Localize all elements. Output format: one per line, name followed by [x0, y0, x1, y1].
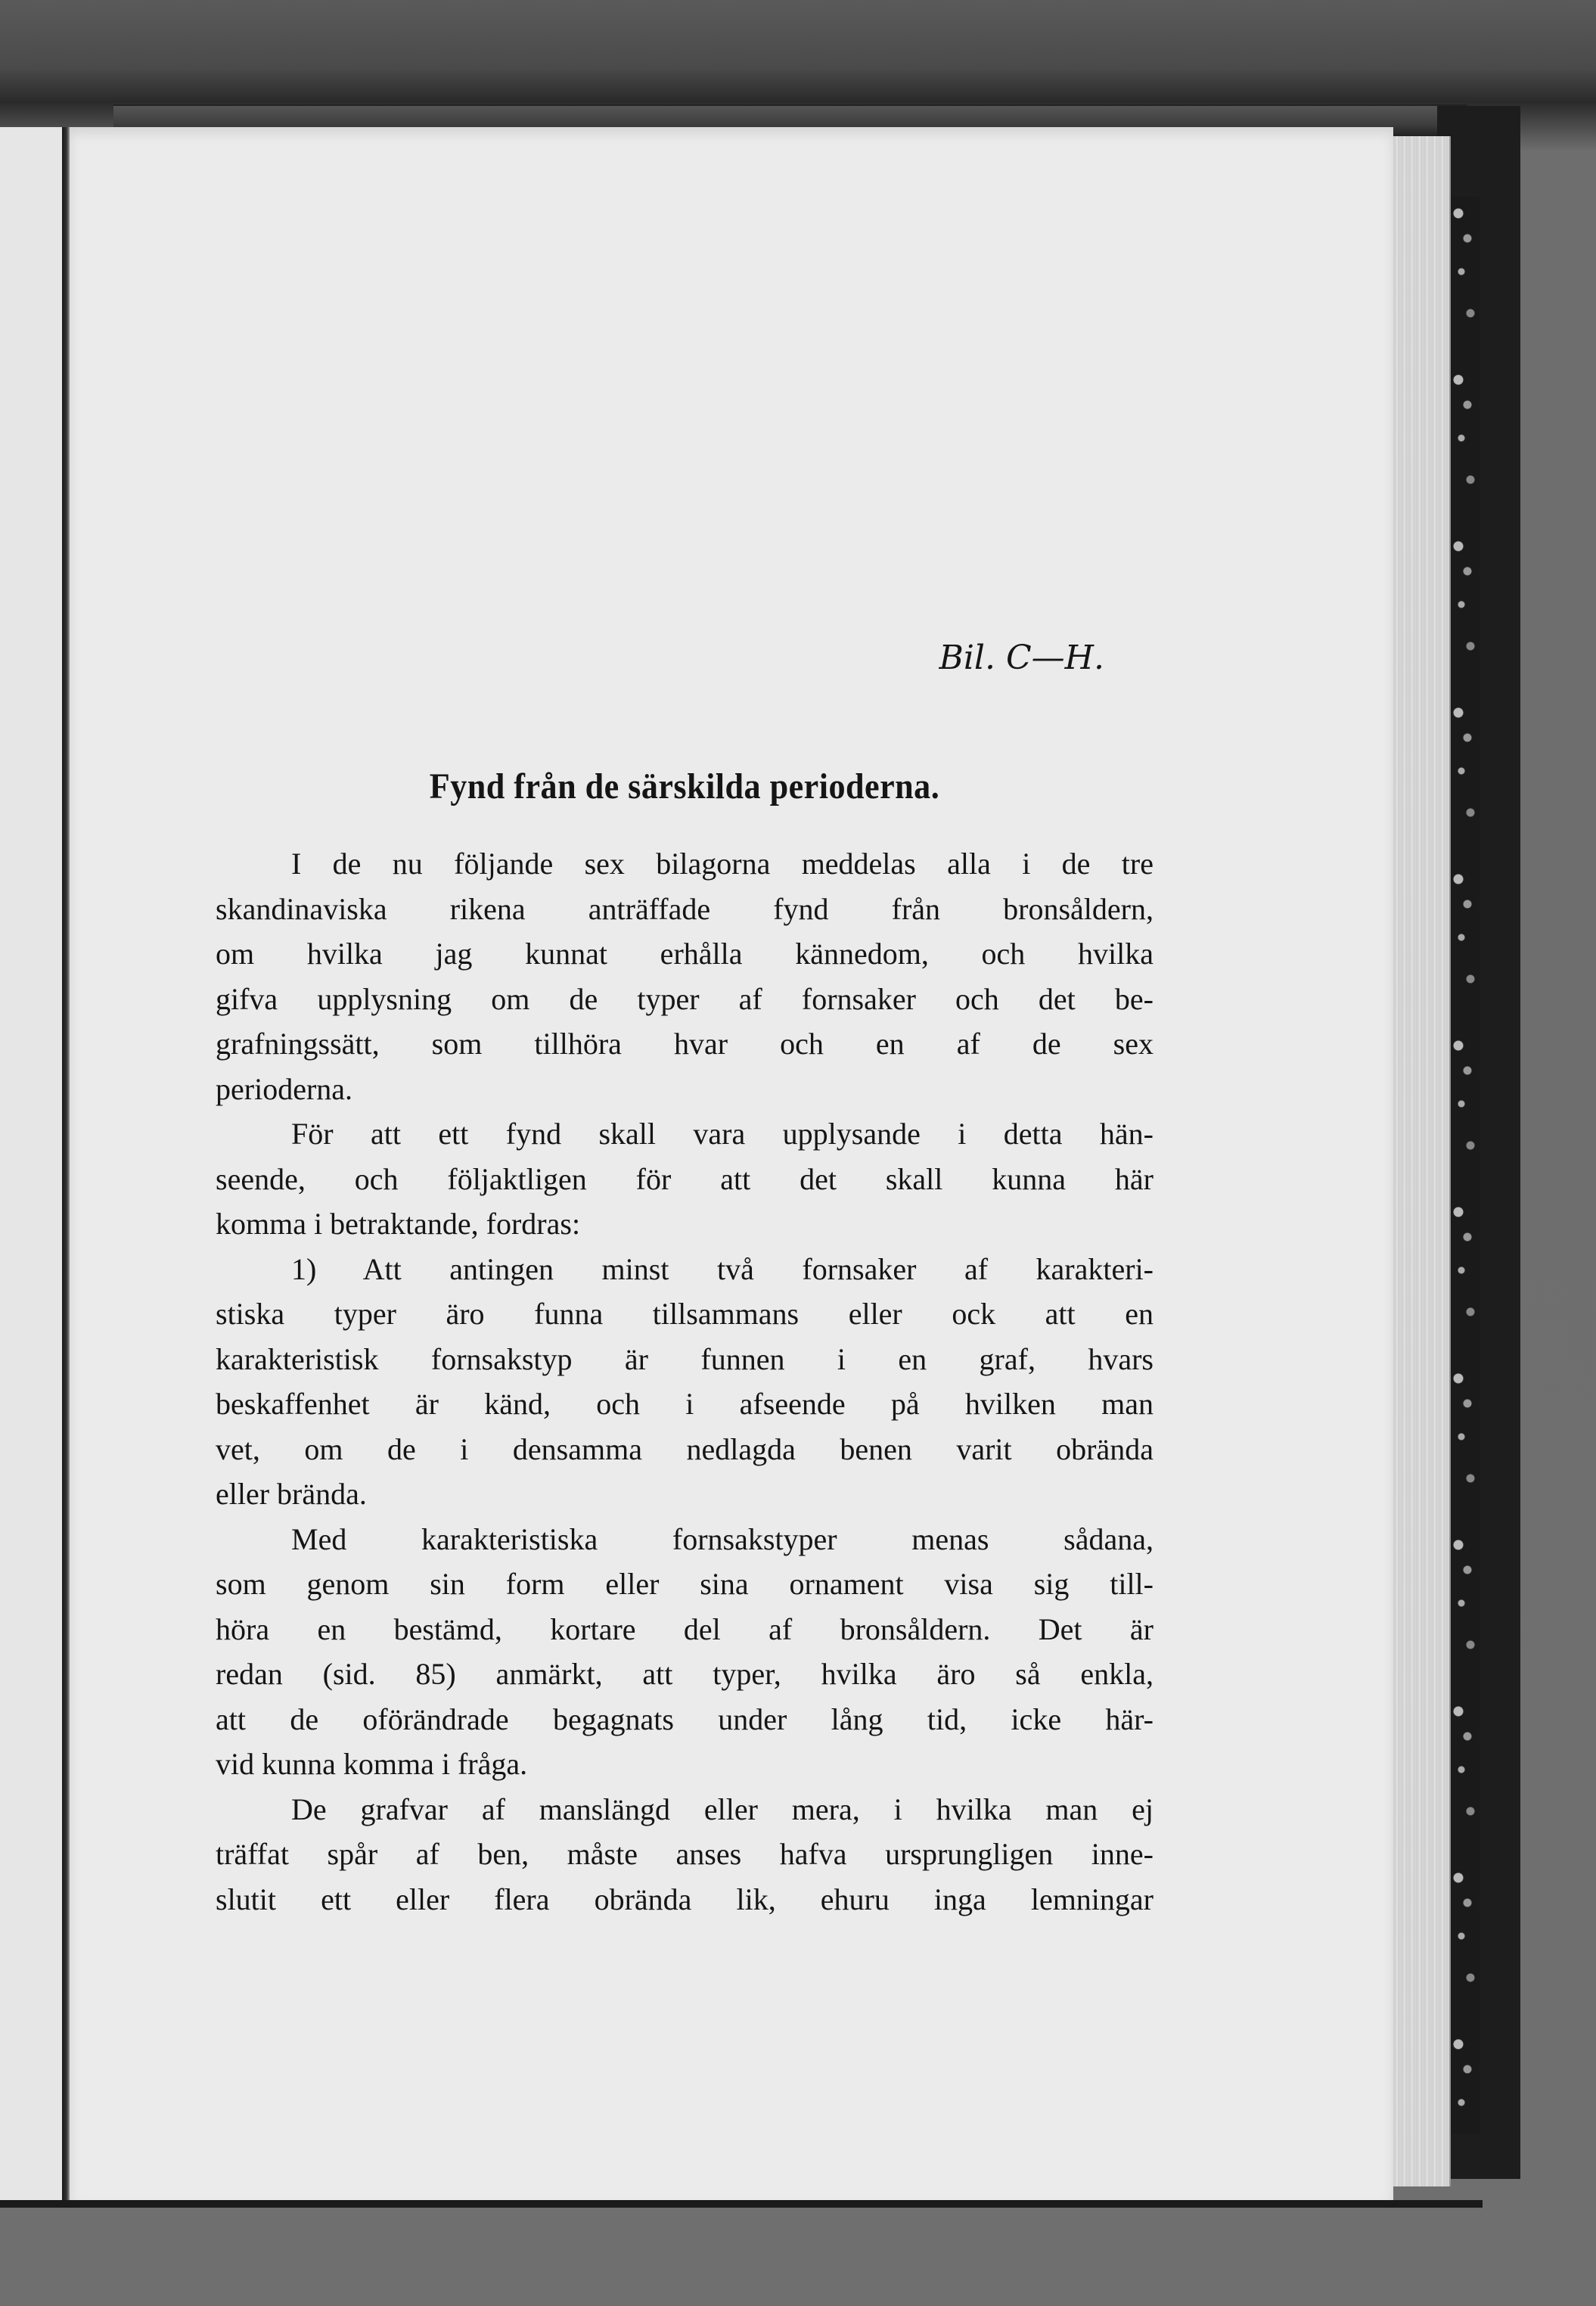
text-line: 1) Att antingen minst två fornsaker af k…: [216, 1247, 1154, 1292]
paragraph-3: 1) Att antingen minst två fornsaker af k…: [216, 1247, 1154, 1517]
page-stack-edge: [1392, 136, 1451, 2186]
text-line: vid kunna komma i fråga.: [216, 1742, 1154, 1787]
text-line: skandinaviska rikena anträffade fynd frå…: [216, 887, 1154, 932]
text-line: beskaffenhet är känd, och i afseende på …: [216, 1381, 1154, 1427]
text-line: perioderna.: [216, 1067, 1154, 1112]
text-line: För att ett fynd skall vara upplysande i…: [216, 1111, 1154, 1157]
text-line: I de nu följande sex bilagorna meddelas …: [216, 841, 1154, 887]
text-line: att de oförändrade begagnats under lång …: [216, 1697, 1154, 1742]
text-line: karakteristisk fornsakstyp är funnen i e…: [216, 1337, 1154, 1382]
text-line: eller brända.: [216, 1472, 1154, 1517]
page-content: Bil. C—H. Fynd från de särskilda periode…: [216, 636, 1154, 1922]
text-line: seende, och följaktligen för att det ska…: [216, 1157, 1154, 1202]
page-bottom-edge: [0, 2200, 1483, 2208]
text-line: redan (sid. 85) anmärkt, att typer, hvil…: [216, 1652, 1154, 1697]
text-line: komma i betraktande, fordras:: [216, 1201, 1154, 1247]
paragraph-2: För att ett fynd skall vara upplysande i…: [216, 1111, 1154, 1247]
text-line: om hvilka jag kunnat erhålla kännedom, o…: [216, 931, 1154, 977]
text-line: slutit ett eller flera obrända lik, ehur…: [216, 1877, 1154, 1922]
left-page-sliver: [0, 127, 64, 2202]
paragraph-4: Med karakteristiska fornsakstyper menas …: [216, 1517, 1154, 1787]
text-line: gifva upplysning om de typer af fornsake…: [216, 977, 1154, 1022]
paragraph-5: De grafvar af manslängd eller mera, i hv…: [216, 1787, 1154, 1922]
text-line: stiska typer äro funna tillsammans eller…: [216, 1291, 1154, 1337]
paragraph-1: I de nu följande sex bilagorna meddelas …: [216, 841, 1154, 1111]
text-line: träffat spår af ben, måste anses hafva u…: [216, 1832, 1154, 1877]
text-line: grafningssätt, som tillhöra hvar och en …: [216, 1021, 1154, 1067]
text-line: De grafvar af manslängd eller mera, i hv…: [216, 1787, 1154, 1832]
text-line: Med karakteristiska fornsakstyper menas …: [216, 1517, 1154, 1562]
text-line: som genom sin form eller sina ornament v…: [216, 1562, 1154, 1607]
text-line: vet, om de i densamma nedlagda benen var…: [216, 1427, 1154, 1472]
appendix-reference: Bil. C—H.: [216, 636, 1154, 681]
marbled-cover-edge: [1449, 197, 1480, 2134]
section-heading: Fynd från de särskilda perioderna.: [253, 764, 1116, 810]
text-line: höra en bestämd, kortare del af bronsåld…: [216, 1607, 1154, 1652]
